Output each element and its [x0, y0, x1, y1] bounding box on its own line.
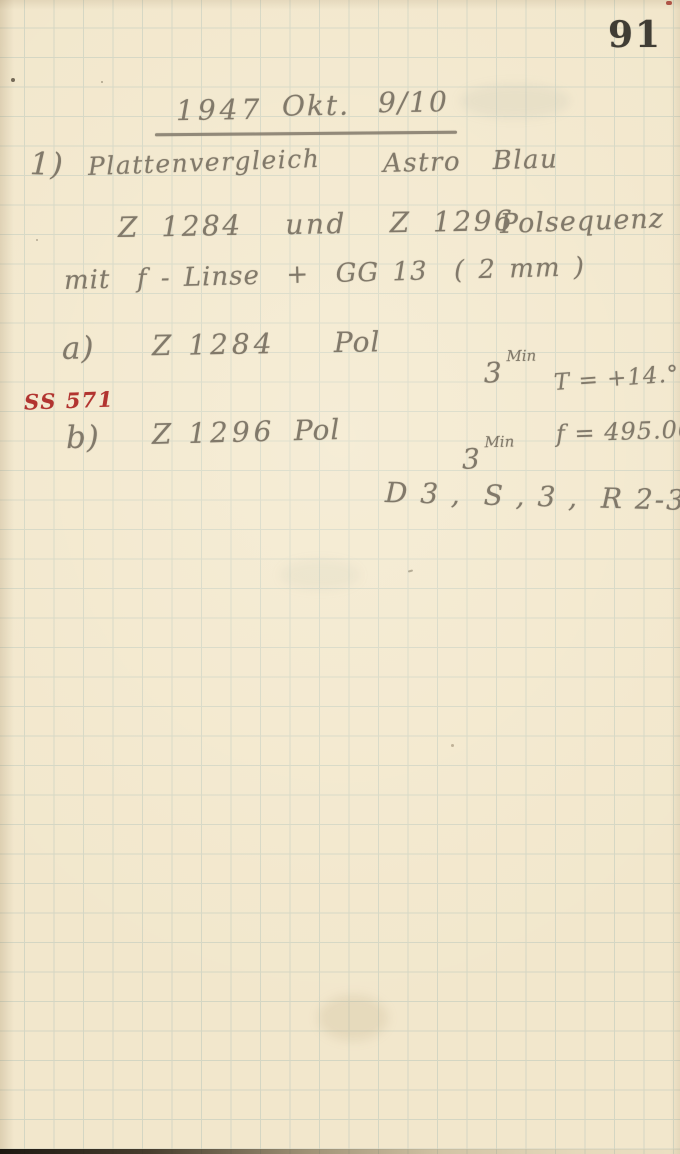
plates-line: Z 1284 und Z 1296: [118, 204, 515, 244]
obs-a-mode: Pol: [334, 325, 381, 359]
notebook-page: 91 1947 Okt. 9/10 1) Plattenvergleich As…: [0, 0, 680, 1154]
red-corner-speck: [666, 1, 672, 5]
optics-line: mit f - Linse + GG 13 ( 2 mm ): [64, 252, 586, 296]
heading-year: 1947: [176, 93, 264, 127]
obs-b-plate: Z 1296: [151, 415, 275, 451]
entry-title: Plattenvergleich: [87, 144, 320, 181]
obs-a-plate: Z 1284: [152, 327, 276, 362]
entry-index: 1): [29, 146, 64, 183]
obs-b-exposure-unit: Min: [484, 432, 514, 451]
paper-speck: [101, 81, 103, 83]
paper-speck: [11, 78, 15, 82]
obs-a-exposure-unit: Min: [506, 346, 536, 365]
paper-speck: [36, 239, 38, 241]
page-number: 91: [608, 14, 662, 56]
obs-b-exposure-value: 3: [462, 442, 482, 475]
obs-b-label: b): [65, 419, 100, 456]
paper-speck: [451, 744, 454, 747]
heading-days: 9/10: [378, 85, 449, 119]
quality-line: D 3 , S , 3 , R 2-3 .: [385, 476, 680, 517]
focus-note: f = 495.06: [556, 415, 680, 448]
entry-subject: Astro Blau: [383, 144, 559, 179]
paper-stain: [318, 995, 388, 1041]
obs-b-mode: Pol: [293, 413, 340, 447]
date-heading: 1947 Okt. 9/10: [170, 84, 481, 132]
obs-a-exposure-value: 3: [484, 356, 503, 389]
scan-edge-shadow: [0, 1149, 680, 1154]
obs-a-label: a): [62, 330, 95, 367]
paper-stain: [280, 560, 360, 590]
heading-month: Okt.: [282, 89, 351, 123]
plate-stamp-red: SS 571: [24, 386, 115, 414]
plates-label: Polsequenz: [499, 203, 664, 240]
paper-speck: [408, 569, 413, 572]
